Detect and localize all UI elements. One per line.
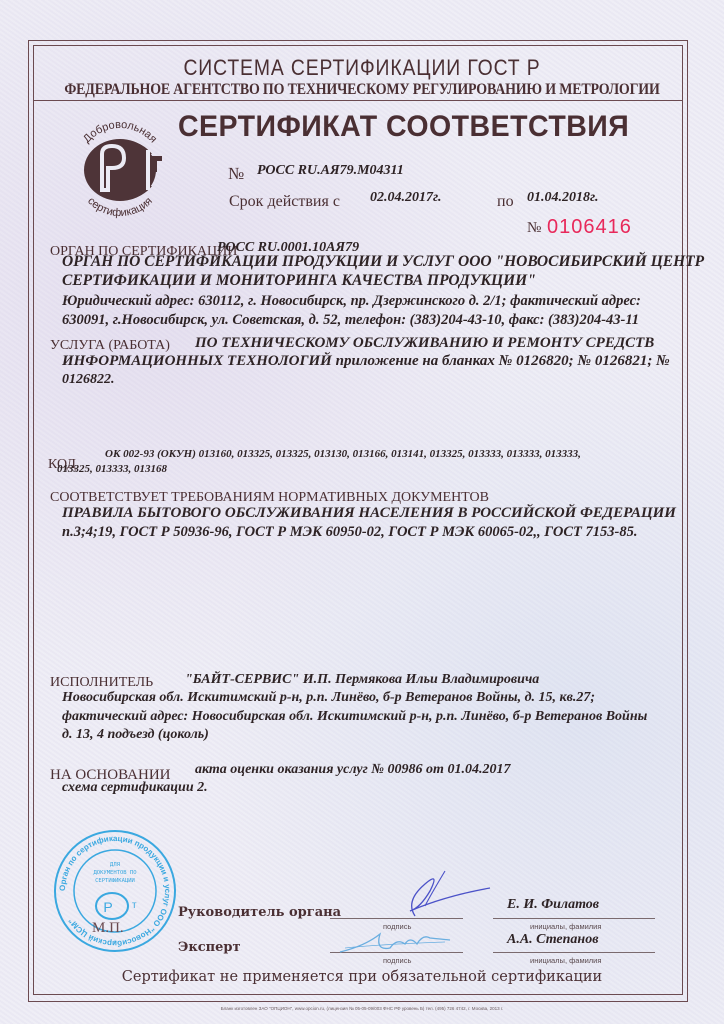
cert-body-address-1: Юридический адрес: 630112, г. Новосибирс… (62, 292, 641, 311)
footer-note: Сертификат не применяется при обязательн… (0, 969, 724, 985)
form-number-label: № (527, 220, 541, 237)
expert-name-caption: инициалы, фамилия (530, 956, 601, 965)
document-title: СЕРТИФИКАТ СООТВЕТСТВИЯ (178, 110, 629, 144)
expert-label: Эксперт (178, 940, 241, 955)
svg-text:т: т (132, 900, 137, 911)
service-line-2: ИНФОРМАЦИОННЫХ ТЕХНОЛОГИЙ приложение на … (62, 352, 670, 371)
performer-address-3: д. 13, 4 подъезд (цоколь) (62, 725, 209, 744)
cert-body-address-2: 630091, г.Новосибирск, ул. Советская, д.… (62, 311, 639, 330)
header-separator (34, 100, 682, 101)
valid-from: 02.04.2017г. (370, 190, 441, 206)
agency-name: ФЕДЕРАЛЬНОЕ АГЕНТСТВО ПО ТЕХНИЧЕСКОМУ РЕ… (36, 81, 688, 99)
svg-text:ДЛЯ: ДЛЯ (110, 862, 121, 868)
system-title: СИСТЕМА СЕРТИФИКАЦИИ ГОСТ Р (43, 55, 680, 81)
cert-body-name-2: СЕРТИФИКАЦИИ И МОНИТОРИНГА КАЧЕСТВА ПРОД… (62, 271, 536, 290)
compliance-line-1: ПРАВИЛА БЫТОВОГО ОБСЛУЖИВАНИЯ НАСЕЛЕНИЯ … (62, 504, 676, 523)
form-number: 0106416 (547, 216, 632, 239)
expert-name-line (493, 952, 655, 953)
svg-text:ДОКУМЕНТОВ ПО: ДОКУМЕНТОВ ПО (93, 870, 136, 876)
printer-note: Бланк изготовлен ЗАО "ОПЦИОН", www.opcio… (0, 1006, 724, 1011)
svg-text:СЕРТИФИКАЦИИ: СЕРТИФИКАЦИИ (95, 878, 135, 884)
valid-to-label: по (497, 193, 514, 211)
cert-body-name-1: ОРГАН ПО СЕРТИФИКАЦИИ ПРОДУКЦИИ И УСЛУГ … (62, 252, 704, 271)
expert-name: А.А. Степанов (507, 930, 598, 949)
head-signature-icon (385, 866, 495, 922)
cert-number: РОСС RU.АЯ79.М04311 (257, 163, 404, 179)
head-name: Е. И. Филатов (507, 895, 599, 914)
performer-address-2: фактический адрес: Новосибирская обл. Ис… (62, 707, 647, 726)
head-label: Руководитель органа (178, 905, 341, 920)
compliance-line-2: п.3;4;19, ГОСТ Р 50936-96, ГОСТ Р МЭК 60… (62, 523, 637, 542)
performer-name: "БАЙТ-СЕРВИС" И.П. Пермякова Ильи Владим… (185, 670, 539, 689)
rst-logo-icon: Добровольная сертификация (60, 110, 180, 230)
valid-to: 01.04.2018г. (527, 190, 598, 206)
basis-line-2: схема сертификации 2. (62, 778, 208, 797)
validity-label: Срок действия с (229, 193, 340, 211)
service-line-1: ПО ТЕХНИЧЕСКОМУ ОБСЛУЖИВАНИЮ И РЕМОНТУ С… (195, 334, 654, 353)
code-line-1: ОК 002-93 (ОКУН) 013160, 013325, 013325,… (105, 445, 581, 464)
mp-label: М.П. (92, 920, 124, 937)
code-line-2: 013325, 013333, 013168 (57, 460, 167, 479)
head-name-line (493, 918, 655, 919)
expert-signature-caption: подпись (383, 956, 411, 965)
basis-line-1: акта оценки оказания услуг № 00986 от 01… (195, 760, 510, 779)
svg-text:*: * (113, 939, 116, 948)
service-line-3: 0126822. (62, 370, 115, 389)
expert-signature-icon (335, 926, 455, 956)
performer-address-1: Новосибирская обл. Искитимский р-н, р.п.… (62, 688, 595, 707)
cert-number-label: № (228, 164, 244, 184)
svg-text:Р: Р (103, 899, 112, 915)
